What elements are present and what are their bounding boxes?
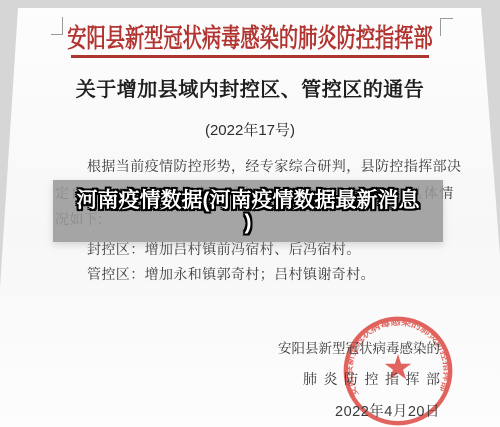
issuer-title-underline — [71, 55, 429, 58]
caption-title-line1: 河南疫情数据(河南疫情数据最新消息 — [53, 184, 443, 214]
signature-line1: 安阳县新型冠状病毒感染的 — [278, 337, 440, 357]
control-zone-line: 管控区：增加永和镇郭奇村；吕村镇谢奇村。 — [87, 266, 375, 283]
issuer-title-text: 安阳县新型冠状病毒感染的肺炎防控指挥部 — [67, 18, 433, 55]
notice-title: 关于增加县域内封控区、管控区的通告 — [0, 73, 500, 102]
paragraph-intro-line: 根据当前疫情防控形势，经专家综合研判，县防控指挥部决 — [87, 158, 461, 175]
signature-block: 安阳县新型冠状病毒感染的 肺炎防控指挥部 2022年4月20日 — [278, 337, 440, 421]
issuer-title: 安阳县新型冠状病毒感染的肺炎防控指挥部 — [0, 18, 500, 55]
document-number: (2022年17号) — [0, 119, 500, 140]
sealed-zone-line: 封控区：增加吕村镇前冯宿村、后冯宿村。 — [87, 241, 361, 258]
signature-date: 2022年4月20日 — [278, 400, 440, 421]
signature-line2: 肺炎防控指挥部 — [278, 369, 447, 389]
caption-title-line2: ) — [53, 211, 443, 235]
